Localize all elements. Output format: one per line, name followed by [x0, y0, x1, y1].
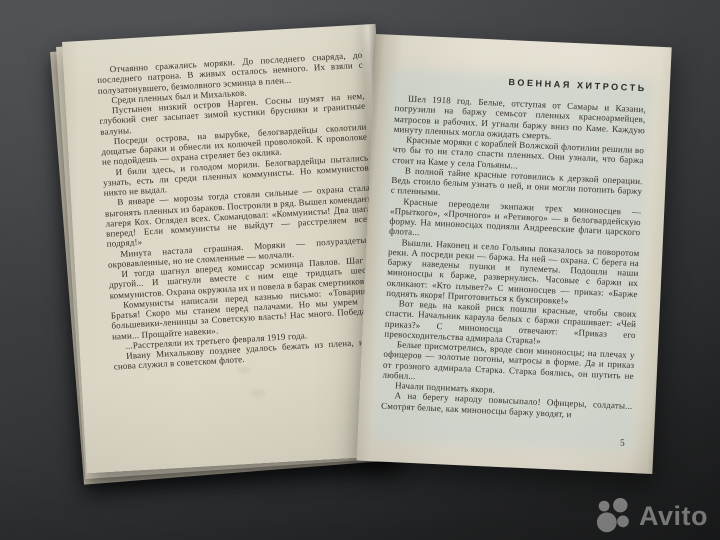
- avito-watermark: Avito: [596, 498, 708, 534]
- page-number: 5: [620, 438, 625, 448]
- right-page: ВОЕННАЯ ХИТРОСТЬ Шел 1918 год. Белые, от…: [357, 34, 672, 474]
- left-page: Отчаянно сражались моряки. До последнего…: [62, 24, 400, 473]
- avito-wordmark: Avito: [639, 503, 708, 530]
- page-stain: [242, 382, 273, 404]
- book-photo: Отчаянно сражались моряки. До последнего…: [0, 0, 720, 540]
- right-page-text: Шел 1918 год. Белые, отступая от Самары …: [381, 93, 646, 422]
- paragraph: Вышли. Наконец и село Гольяны показалось…: [386, 236, 640, 309]
- avito-logo-icon: [596, 498, 632, 534]
- left-page-text: Отчаянно сражались моряки. До последнего…: [96, 50, 379, 372]
